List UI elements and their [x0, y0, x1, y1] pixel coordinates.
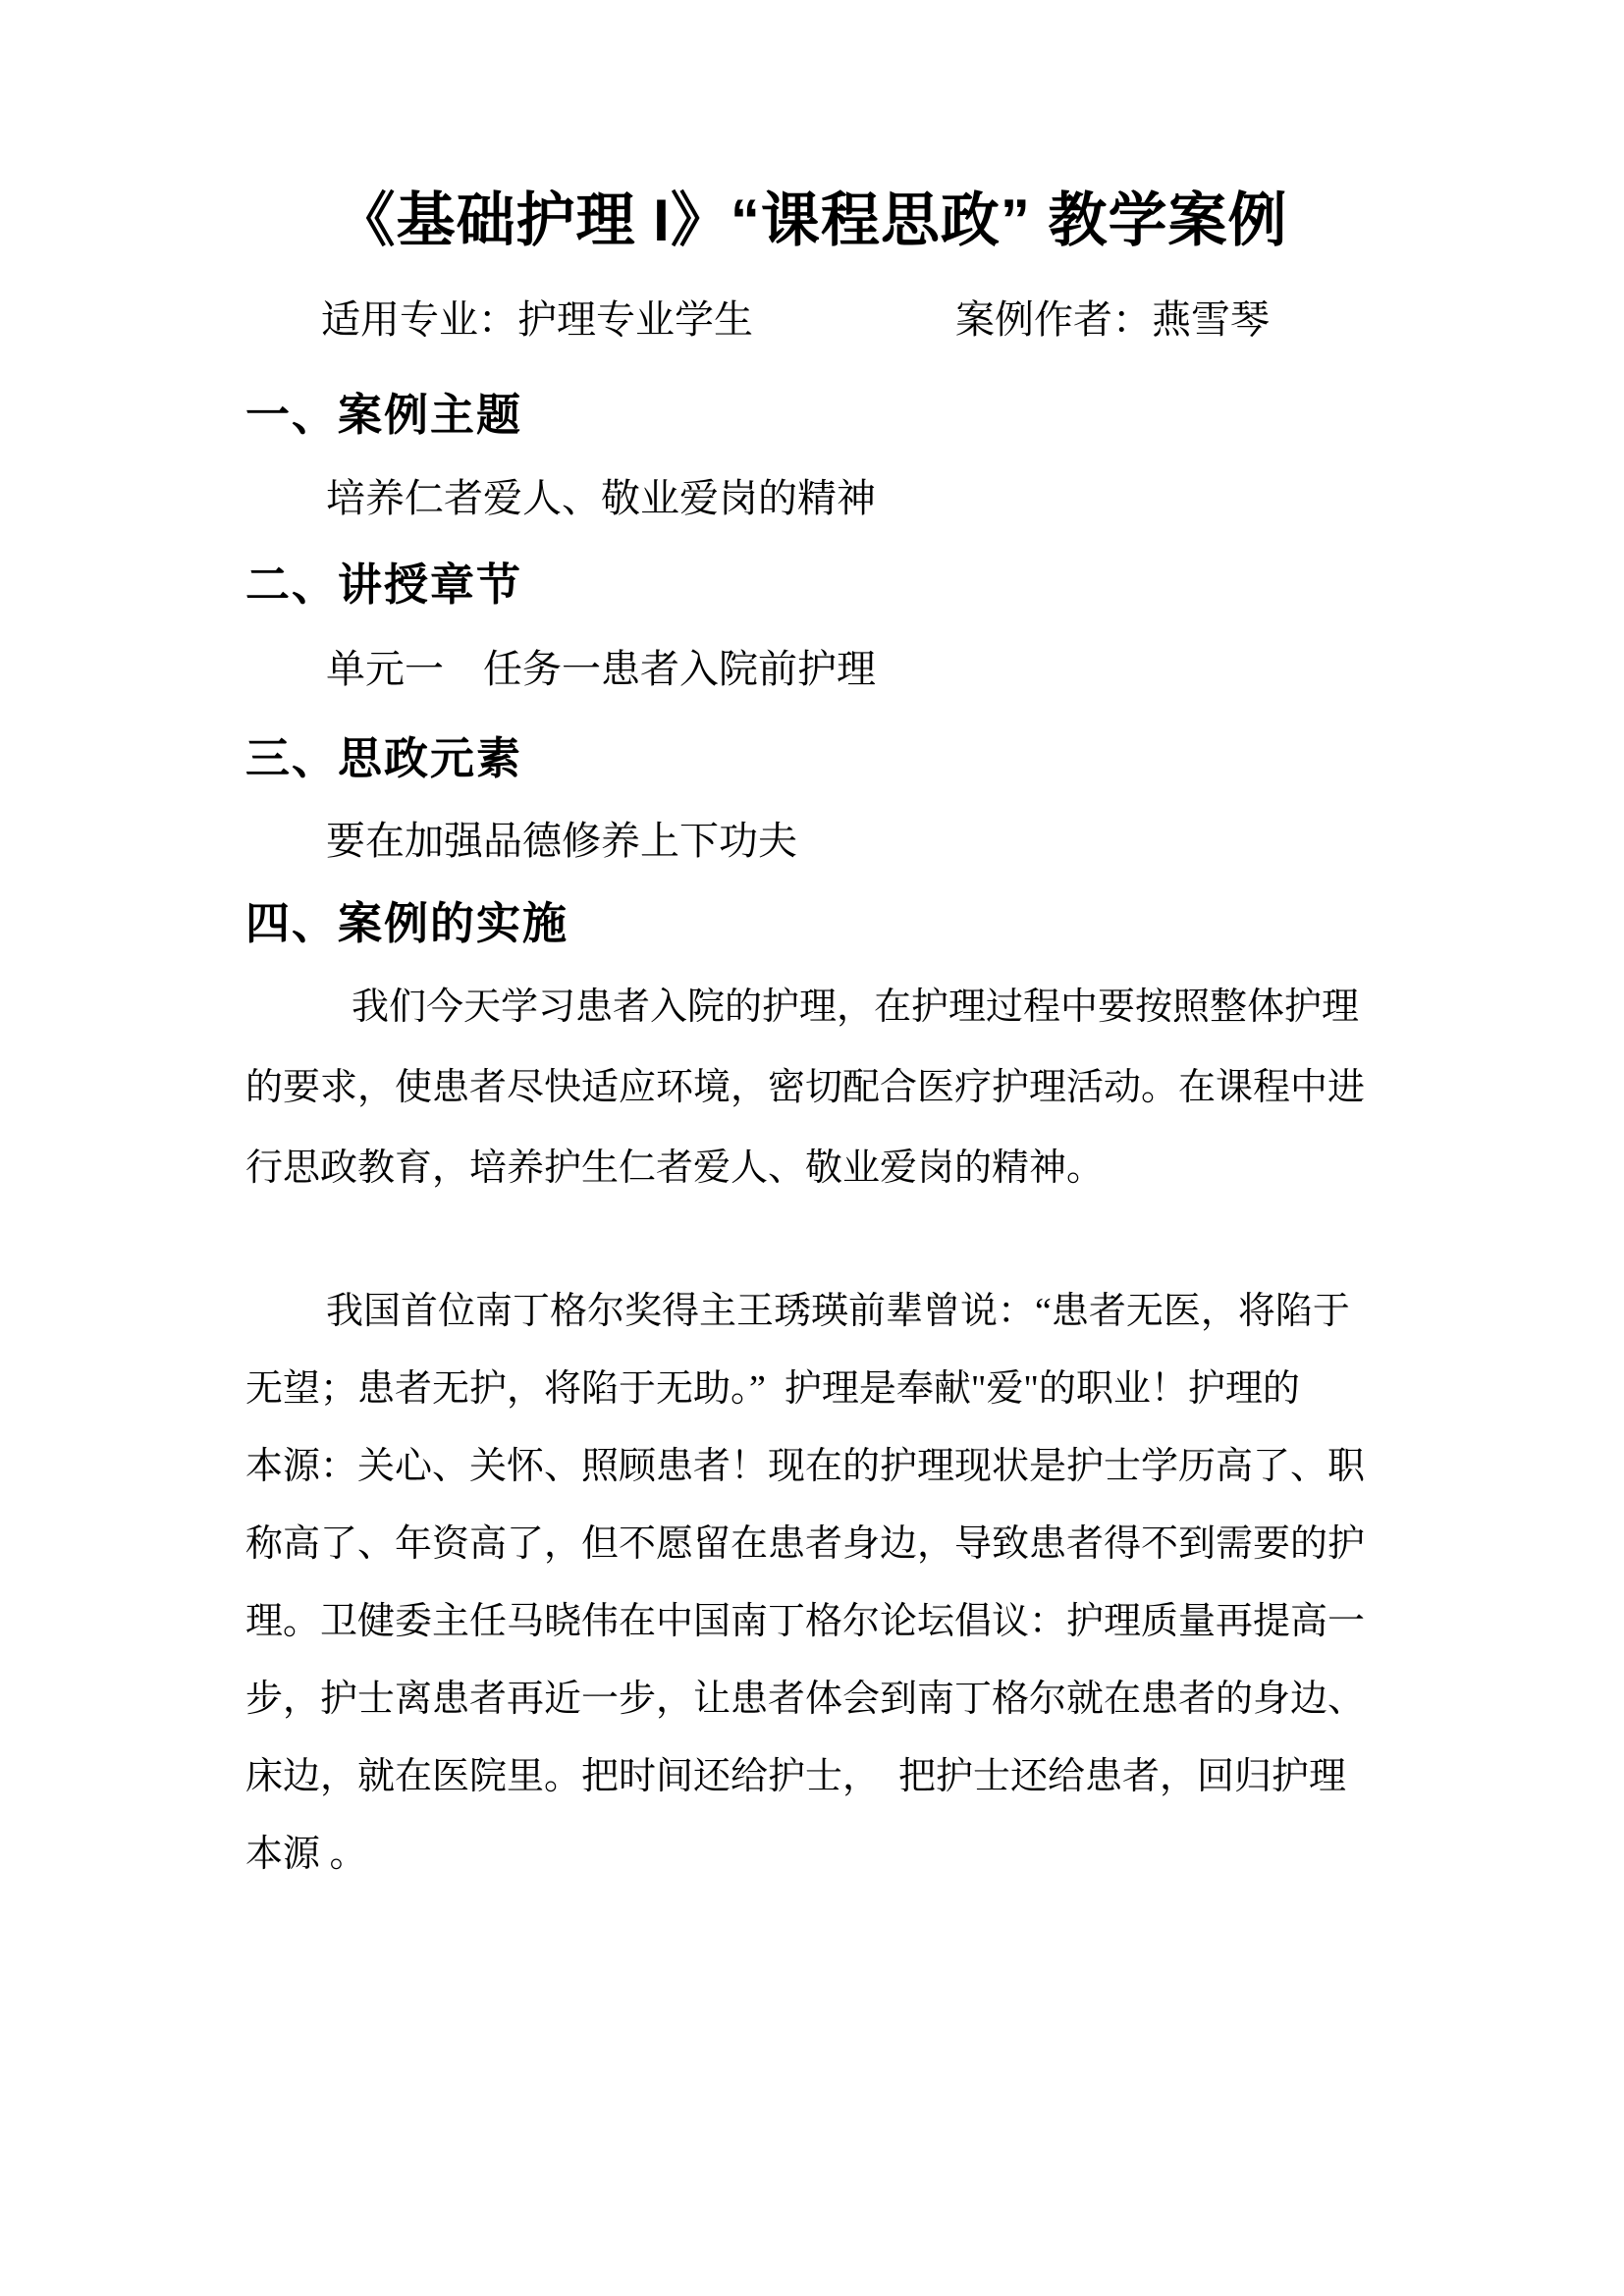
paragraph-line: 我们今天学习患者入院的护理，在护理过程中要按照整体护理	[245, 986, 1399, 1066]
section-body-case-theme: 培养仁者爱人、敬业爱岗的精神	[326, 476, 876, 521]
paragraph-line: 本源 。	[245, 1833, 1399, 1910]
section-heading-teaching-chapter: 二、讲授章节	[245, 561, 522, 612]
paragraph-line: 的要求，使患者尽快适应环境，密切配合医疗护理活动。在课程中进	[245, 1066, 1399, 1147]
section-heading-case-theme: 一、案例主题	[245, 391, 522, 442]
paragraph-line: 无望；患者无护，将陷于无助。” 护理是奉献"爱"的职业！护理的	[245, 1367, 1399, 1445]
applicable-major-label: 适用专业：护理专业学生	[321, 297, 753, 343]
paragraph-line: 我国首位南丁格尔奖得主王琇瑛前辈曾说：“患者无医，将陷于	[245, 1290, 1399, 1367]
section-heading-case-implementation: 四、案例的实施	[245, 899, 568, 950]
implementation-paragraph-1: 我们今天学习患者入院的护理，在护理过程中要按照整体护理 的要求，使患者尽快适应环…	[245, 986, 1399, 1227]
document-title: 《基础护理 I》“课程思政” 教学案例	[0, 188, 1624, 253]
paragraph-line: 床边，就在医院里。把时间还给护士， 把护士还给患者，回归护理	[245, 1755, 1399, 1833]
section-heading-ideological-elements: 三、思政元素	[245, 734, 522, 785]
paragraph-line: 行思政教育，培养护生仁者爱人、敬业爱岗的精神。	[245, 1147, 1399, 1227]
case-author-label: 案例作者：燕雪琴	[955, 297, 1270, 343]
paragraph-line: 本源：关心、关怀、照顾患者！现在的护理现状是护士学历高了、职	[245, 1445, 1399, 1522]
implementation-paragraph-2: 我国首位南丁格尔奖得主王琇瑛前辈曾说：“患者无医，将陷于 无望；患者无护，将陷于…	[245, 1290, 1399, 1910]
paragraph-line: 称高了、年资高了，但不愿留在患者身边，导致患者得不到需要的护	[245, 1522, 1399, 1600]
section-body-ideological-elements: 要在加强品德修养上下功夫	[326, 819, 797, 864]
paragraph-line: 理。卫健委主任马晓伟在中国南丁格尔论坛倡议：护理质量再提高一	[245, 1600, 1399, 1678]
document-page: 《基础护理 I》“课程思政” 教学案例 适用专业：护理专业学生 案例作者：燕雪琴…	[0, 0, 1624, 2296]
section-body-teaching-chapter: 单元一 任务一患者入院前护理	[326, 647, 876, 692]
paragraph-line: 步，护士离患者再近一步，让患者体会到南丁格尔就在患者的身边、	[245, 1678, 1399, 1755]
